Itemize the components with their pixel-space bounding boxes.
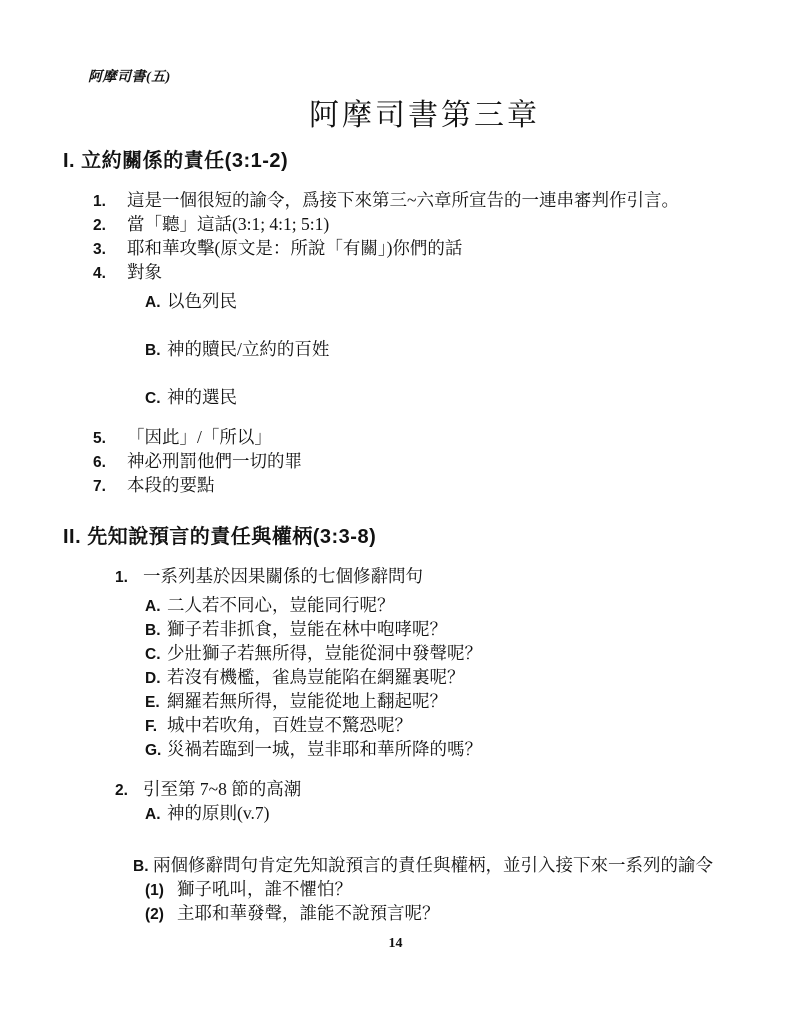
outline-item-marker: 6. xyxy=(93,451,127,474)
section-1-heading: I. 立約關係的責任(3:1-2) xyxy=(63,148,755,174)
outline-item-marker: (2) xyxy=(145,903,177,926)
outline-item: B.獅子若非抓食，豈能在林中咆哮呢？ xyxy=(63,618,755,642)
outline-item: 2.引至第 7~8 節的高潮 xyxy=(63,778,755,802)
section-prophet-authority: II. 先知說預言的責任與權柄(3:3-8) 1.一系列基於因果關係的七個修辭問… xyxy=(63,524,755,926)
section-covenant-responsibility: I. 立約關係的責任(3:1-2) 1.這是一個很短的諭令，爲接下來第三~六章所… xyxy=(63,148,755,498)
outline-item-text: 本段的要點 xyxy=(127,475,215,495)
outline-item: (2)主耶和華發聲，誰能不說預言呢？ xyxy=(63,902,755,926)
outline-item-text: 對象 xyxy=(127,262,162,282)
outline-item-text: 兩個修辭問句肯定先知說預言的責任與權柄，並引入接下來一系列的諭令 xyxy=(153,855,713,875)
outline-item: A.以色列民 xyxy=(63,290,755,314)
outline-item-text: 神的贖民/立約的百姓 xyxy=(167,339,329,359)
outline-item-marker: B. xyxy=(145,619,167,642)
outline-item-marker: A. xyxy=(145,595,167,618)
outline-item: D.若沒有機檻，雀鳥豈能陷在網羅裏呢？ xyxy=(63,666,755,690)
outline-item-marker: G. xyxy=(145,739,167,762)
outline-item: A.二人若不同心，豈能同行呢？ xyxy=(63,594,755,618)
outline-item-text: 耶和華攻擊(原文是：所說「有關」)你們的話 xyxy=(127,238,462,258)
outline-item-text: 以色列民 xyxy=(167,291,237,311)
outline: I. 立約關係的責任(3:1-2) 1.這是一個很短的諭令，爲接下來第三~六章所… xyxy=(63,148,755,926)
outline-item-text: 獅子吼叫，誰不懼怕？ xyxy=(177,879,352,899)
outline-item-text: 神的原則(v.7) xyxy=(167,803,269,823)
section-1-rows: 1.這是一個很短的諭令，爲接下來第三~六章所宣告的一連串審判作引言。2.當「聽」… xyxy=(63,189,755,498)
outline-item-marker: C. xyxy=(145,387,167,410)
outline-item: 4.對象 xyxy=(63,261,755,285)
outline-item: 1.這是一個很短的諭令，爲接下來第三~六章所宣告的一連串審判作引言。 xyxy=(63,189,755,213)
outline-item-marker: 7. xyxy=(93,475,127,498)
outline-item: B.兩個修辭問句肯定先知說預言的責任與權柄，並引入接下來一系列的諭令 xyxy=(63,854,755,878)
outline-item: A.神的原則(v.7) xyxy=(63,802,755,826)
outline-item-marker: F. xyxy=(145,715,167,738)
outline-item: G.災禍若臨到一城，豈非耶和華所降的嗎？ xyxy=(63,738,755,762)
outline-item: 5.「因此」/「所以」 xyxy=(63,426,755,450)
section-2-heading: II. 先知說預言的責任與權柄(3:3-8) xyxy=(63,524,755,550)
outline-item-marker: 1. xyxy=(115,566,143,589)
page-number: 14 xyxy=(0,936,791,952)
outline-item-marker: 2. xyxy=(93,214,127,237)
outline-item-text: 少壯獅子若無所得，豈能從洞中發聲呢？ xyxy=(167,643,482,663)
outline-item-marker: 2. xyxy=(115,779,143,802)
outline-item-text: 主耶和華發聲，誰能不說預言呢？ xyxy=(177,903,440,923)
outline-item-marker: C. xyxy=(145,643,167,666)
outline-item-marker: A. xyxy=(145,803,167,826)
outline-item-text: 當「聽」這話(3:1; 4:1; 5:1) xyxy=(127,214,329,234)
outline-item-marker: E. xyxy=(145,691,167,714)
outline-item-text: 城中若吹角，百姓豈不驚恐呢？ xyxy=(167,715,412,735)
outline-item-text: 一系列基於因果關係的七個修辭問句 xyxy=(143,566,423,586)
outline-item: E.網羅若無所得，豈能從地上翻起呢？ xyxy=(63,690,755,714)
outline-item-marker: A. xyxy=(145,291,167,314)
outline-item-marker: 5. xyxy=(93,427,127,450)
outline-item-text: 「因此」/「所以」 xyxy=(127,427,272,447)
outline-item-marker: 4. xyxy=(93,262,127,285)
outline-item: C.少壯獅子若無所得，豈能從洞中發聲呢？ xyxy=(63,642,755,666)
outline-item-text: 神必刑罰他們一切的罪 xyxy=(127,451,302,471)
document-page: 阿摩司書(五) 阿摩司書第三章 I. 立約關係的責任(3:1-2) 1.這是一個… xyxy=(0,0,791,1024)
outline-item-text: 若沒有機檻，雀鳥豈能陷在網羅裏呢？ xyxy=(167,667,465,687)
outline-item-text: 這是一個很短的諭令，爲接下來第三~六章所宣告的一連串審判作引言。 xyxy=(127,190,679,210)
outline-item-marker: B. xyxy=(145,339,167,362)
outline-item-marker: B. xyxy=(133,855,153,878)
outline-item: 3.耶和華攻擊(原文是：所說「有關」)你們的話 xyxy=(63,237,755,261)
outline-item: C.神的選民 xyxy=(63,386,755,410)
outline-item-text: 引至第 7~8 節的高潮 xyxy=(143,779,301,799)
outline-item: 7.本段的要點 xyxy=(63,474,755,498)
outline-item-marker: (1) xyxy=(145,879,177,902)
outline-item: 1.一系列基於因果關係的七個修辭問句 xyxy=(63,565,755,589)
outline-item-marker: 3. xyxy=(93,238,127,261)
outline-item-marker: D. xyxy=(145,667,167,690)
outline-item-text: 網羅若無所得，豈能從地上翻起呢？ xyxy=(167,691,447,711)
outline-item-text: 獅子若非抓食，豈能在林中咆哮呢？ xyxy=(167,619,447,639)
section-2-rows: 1.一系列基於因果關係的七個修辭問句A.二人若不同心，豈能同行呢？B.獅子若非抓… xyxy=(63,565,755,926)
outline-item: 6.神必刑罰他們一切的罪 xyxy=(63,450,755,474)
outline-item-text: 二人若不同心，豈能同行呢？ xyxy=(167,595,395,615)
outline-item-marker: 1. xyxy=(93,190,127,213)
outline-item-text: 神的選民 xyxy=(167,387,237,407)
running-header: 阿摩司書(五) xyxy=(88,66,171,86)
outline-item-text: 災禍若臨到一城，豈非耶和華所降的嗎？ xyxy=(167,739,482,759)
outline-item: (1)獅子吼叫，誰不懼怕？ xyxy=(63,878,755,902)
outline-item: B.神的贖民/立約的百姓 xyxy=(63,338,755,362)
outline-item: 2.當「聽」這話(3:1; 4:1; 5:1) xyxy=(63,213,755,237)
page-title: 阿摩司書第三章 xyxy=(0,90,791,134)
outline-item: F.城中若吹角，百姓豈不驚恐呢？ xyxy=(63,714,755,738)
